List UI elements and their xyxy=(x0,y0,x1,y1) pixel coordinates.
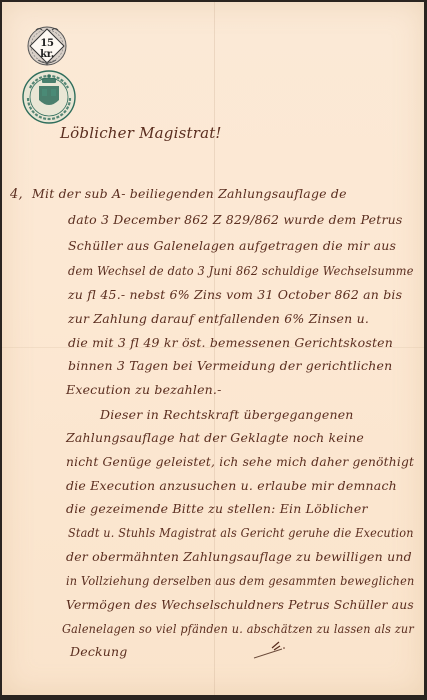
item-marker: 4, xyxy=(10,187,23,202)
salutation: Löblicher Magistrat! xyxy=(60,124,222,142)
text-line: nicht Genüge geleistet, ich sehe mich da… xyxy=(66,454,414,469)
text-line: die mit 3 fl 49 kr öst. bemessenen Geric… xyxy=(68,335,393,350)
text-line: Execution zu bezahlen.- xyxy=(66,382,222,397)
text-line: dato 3 December 862 Z 829/862 wurde dem … xyxy=(68,212,403,227)
text-line: binnen 3 Tagen bei Vermeidung der gerich… xyxy=(68,358,392,373)
text-line: der obermähnten Zahlungsauflage zu bewil… xyxy=(66,549,412,564)
document-page: 15 kr. Löblicher Magistrat! 4, Mit der s… xyxy=(2,2,424,695)
closing-mark xyxy=(252,636,292,666)
text-line: Galenelagen so viel pfänden u. abschätze… xyxy=(62,621,414,636)
stamp-value: 15 kr. xyxy=(33,38,61,60)
text-line: dem Wechsel de dato 3 Juni 862 schuldige… xyxy=(68,263,414,278)
text-line: Schüller aus Galenelagen aufgetragen die… xyxy=(68,238,396,253)
text-line: die gezeimende Bitte zu stellen: Ein Löb… xyxy=(66,501,368,516)
text-line: Zahlungsauflage hat der Geklagte noch ke… xyxy=(66,430,364,445)
text-line: Stadt u. Stuhls Magistrat als Gericht ge… xyxy=(68,525,414,540)
text-line: die Execution anzusuchen u. erlaube mir … xyxy=(66,478,397,493)
text-line: zur Zahlung darauf entfallenden 6% Zinse… xyxy=(68,311,369,326)
revenue-stamp: 15 kr. xyxy=(24,24,70,68)
text-line: Deckung xyxy=(70,644,128,659)
crest-seal-icon xyxy=(20,68,78,126)
text-line: Dieser in Rechtskraft übergegangenen xyxy=(100,407,354,422)
text-line: Mit der sub A- beiliegenden Zahlungsaufl… xyxy=(32,186,347,201)
text-line: in Vollziehung derselben aus dem gesammt… xyxy=(66,573,414,588)
official-seal xyxy=(20,68,78,126)
closing-slash-icon xyxy=(252,636,292,666)
text-line: zu fl 45.- nebst 6% Zins vom 31 October … xyxy=(68,287,402,302)
text-line: Vermögen des Wechselschuldners Petrus Sc… xyxy=(66,597,414,612)
